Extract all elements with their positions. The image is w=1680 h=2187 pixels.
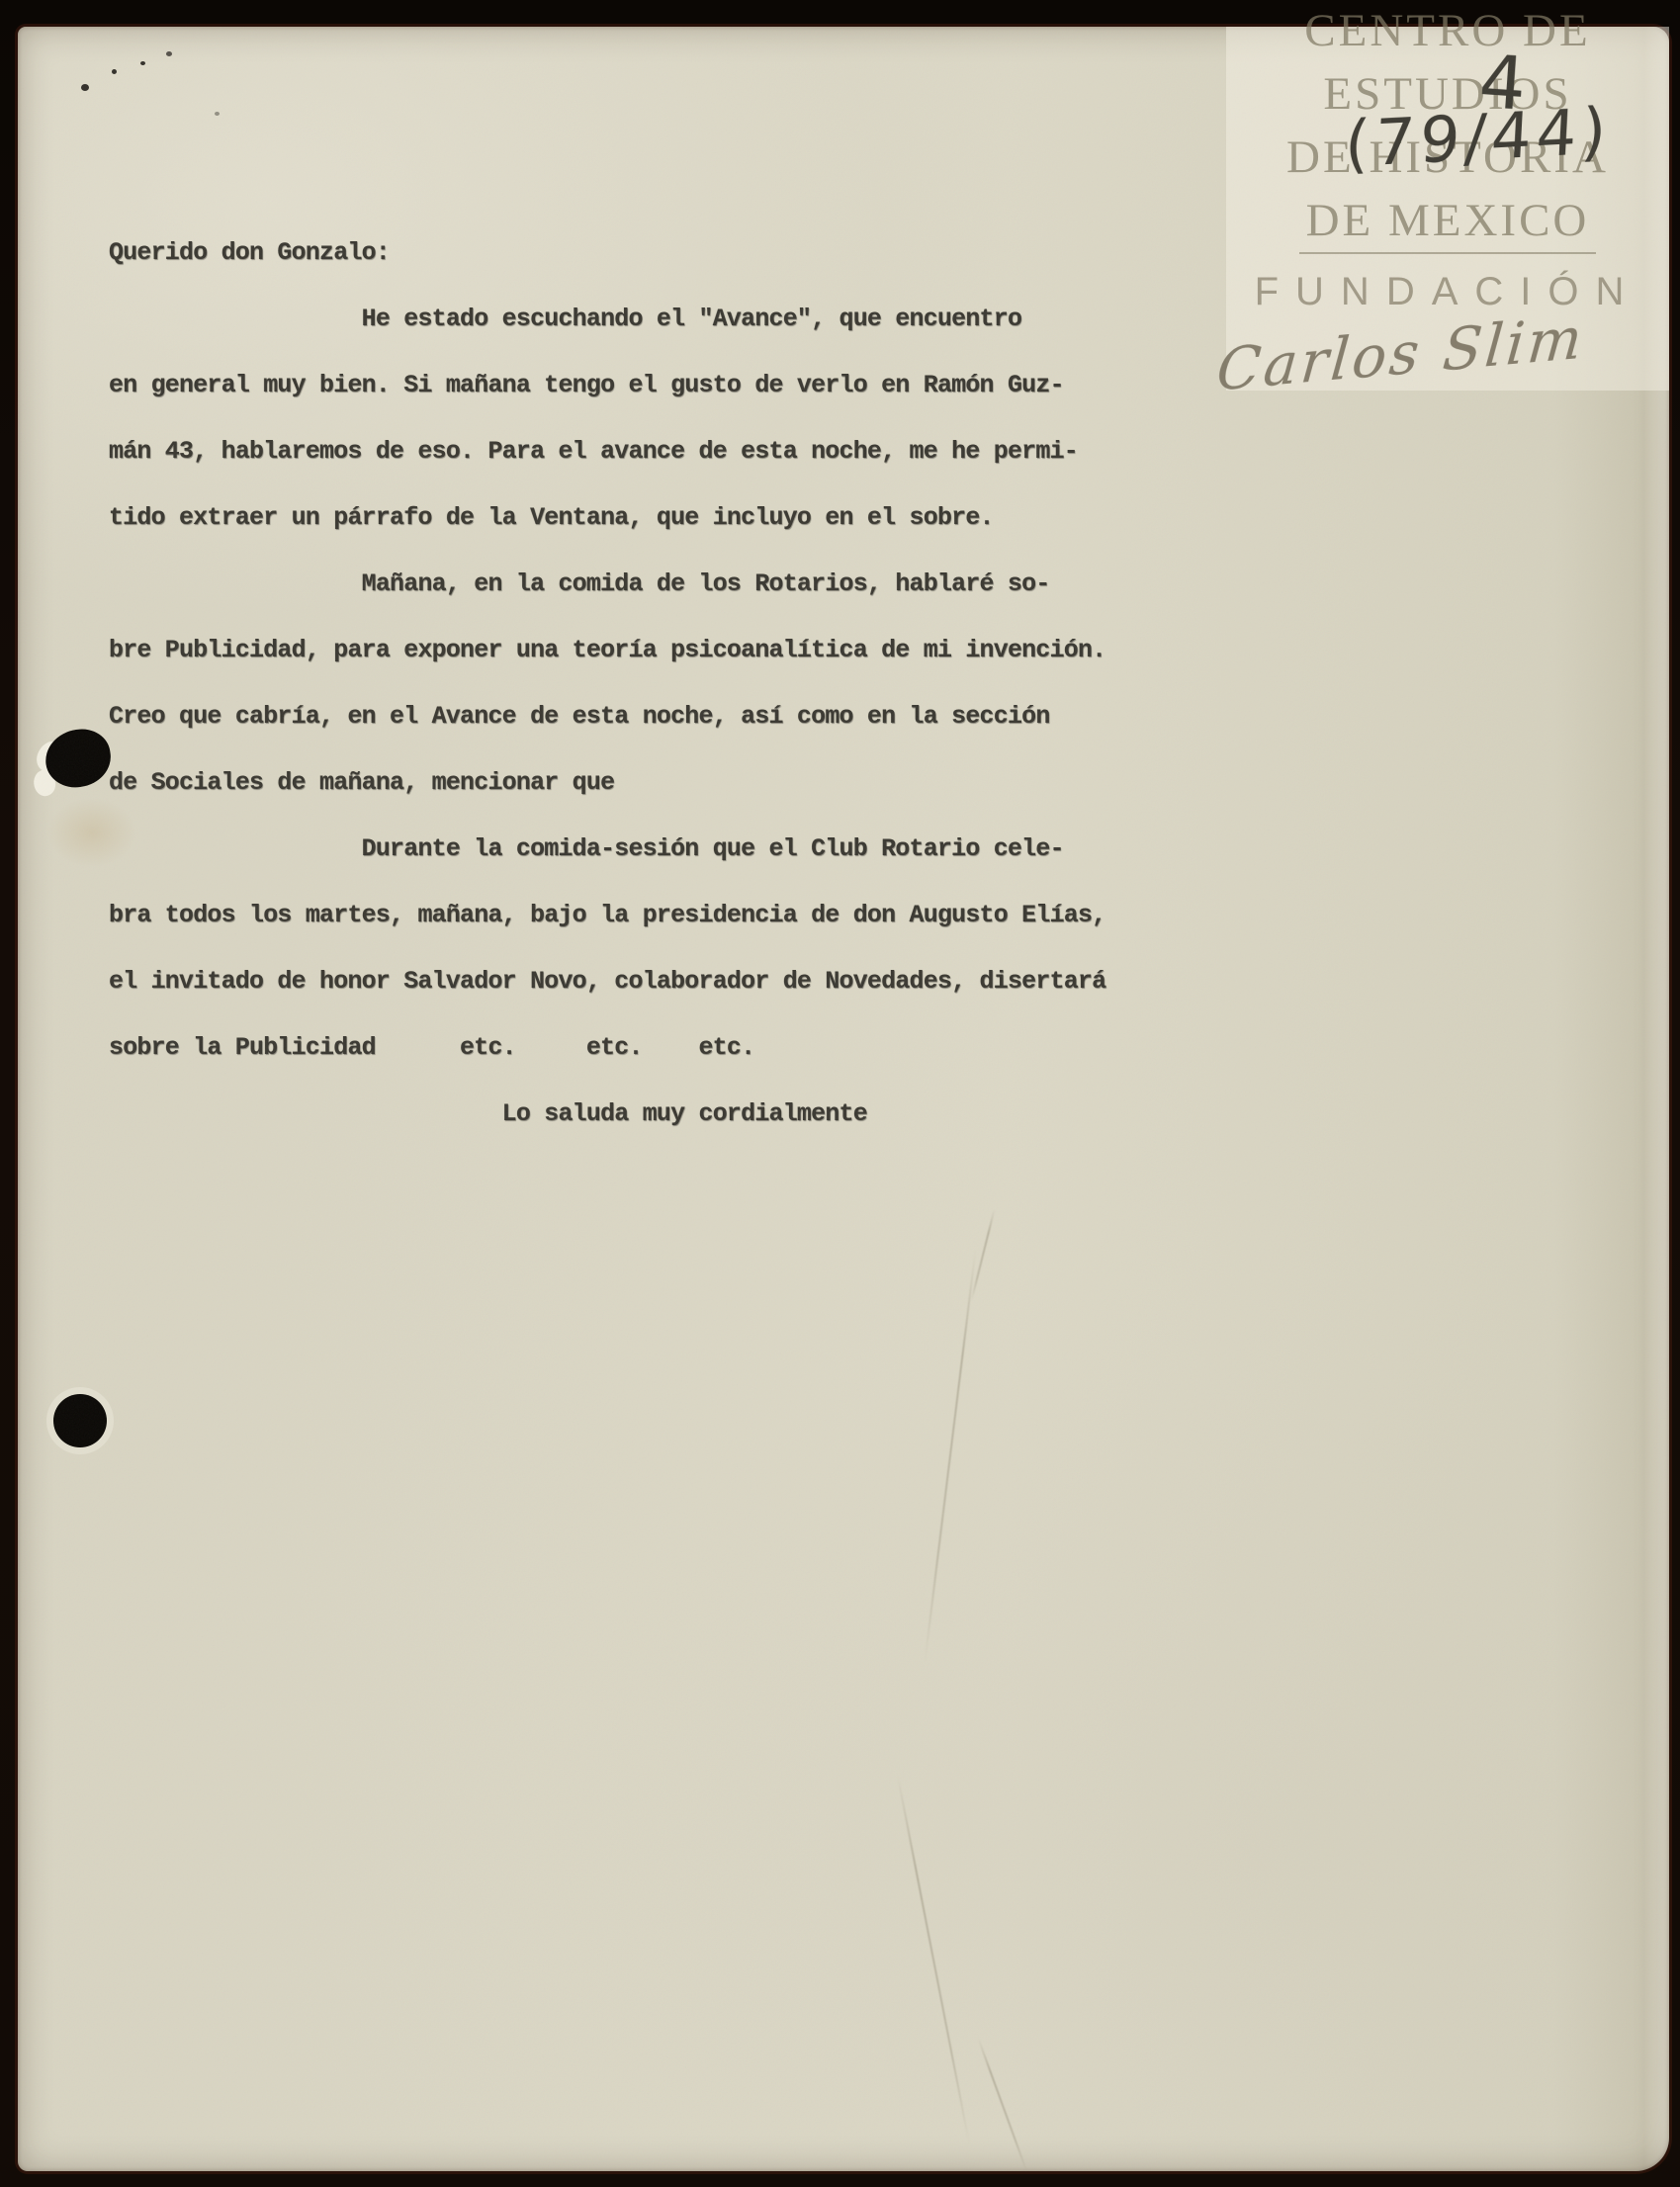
paper-crease	[924, 1249, 976, 1661]
ink-speck	[166, 51, 172, 56]
paper-crease	[977, 2038, 1027, 2173]
punch-hole-bottom	[53, 1394, 107, 1447]
typed-line: Creo que cabría, en el Avance de esta no…	[109, 683, 1355, 749]
typed-line: Lo saluda muy cordialmente	[109, 1081, 1355, 1147]
paper-stain	[47, 798, 136, 867]
typed-line: bra todos los martes, mañana, bajo la pr…	[109, 882, 1355, 948]
typed-line: Mañana, en la comida de los Rotarios, ha…	[109, 551, 1355, 617]
handwritten-folio-number: (79/44)	[1343, 95, 1613, 182]
paper-sheet: Querido don Gonzalo: He estado escuchand…	[18, 27, 1669, 2171]
typed-line: el invitado de honor Salvador Novo, cola…	[109, 948, 1355, 1014]
typed-line: sobre la Publicidad etc. etc. etc.	[109, 1014, 1355, 1081]
typed-line: en general muy bien. Si mañana tengo el …	[109, 352, 1355, 418]
ink-speck	[215, 112, 220, 116]
ink-speck	[140, 61, 145, 65]
scanned-letter-scan: { "page": { "paper_color": "#d9d5c3", "s…	[0, 0, 1680, 2187]
ink-speck	[81, 84, 89, 91]
typed-line: tido extraer un párrafo de la Ventana, q…	[109, 484, 1355, 551]
typed-line: Durante la comida-sesión que el Club Rot…	[109, 816, 1355, 882]
watermark-divider	[1299, 252, 1596, 254]
watermark-line: DE MEXICO	[1226, 189, 1669, 252]
typed-line: mán 43, hablaremos de eso. Para el avanc…	[109, 418, 1355, 484]
ink-speck	[112, 69, 117, 74]
paper-crease	[897, 1775, 970, 2143]
watermark-line: CENTRO DE	[1226, 0, 1669, 62]
typed-line: bre Publicidad, para exponer una teoría …	[109, 617, 1355, 683]
typed-line: de Sociales de mañana, mencionar que	[109, 749, 1355, 816]
typed-letter-body: Querido don Gonzalo: He estado escuchand…	[109, 219, 1355, 1147]
